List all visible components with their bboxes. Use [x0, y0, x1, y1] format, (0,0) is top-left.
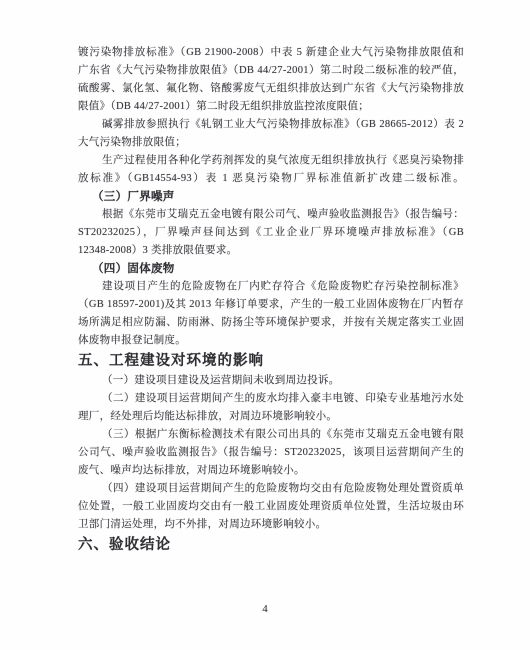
page-number: 4: [0, 603, 530, 615]
text-line: 卫部门清运处理，均不外排，对周边环境影响较小。: [78, 516, 464, 534]
text-line: 建设项目产生的危险废物在厂内贮存符合《危险废物贮存污染控制标准》: [78, 278, 464, 296]
text-line: 根据《东莞市艾瑞克五金电镀有限公司气、噪声验收监测报告》（报告编号：: [78, 206, 464, 224]
document-text-block: 镀污染物排放标准》（GB 21900-2008）中表 5 新建企业大气污染物排放…: [78, 44, 464, 556]
text-line: 12348-2008）3 类排放限值要求。: [78, 242, 464, 260]
heading-line: 六、验收结论: [78, 534, 464, 556]
text-line: （GB 18597-2001)及其 2013 年修订单要求，产生的一般工业固体废…: [78, 296, 464, 314]
text-line: 废气、噪声均达标排放，对周边环境影响较小。: [78, 462, 464, 480]
text-line: 广东省《大气污染物排放限值》（DB 44/27-2001）第二时段二级标准的较严…: [78, 62, 464, 80]
text-line: （二）建设项目运营期间产生的废水均排入豪丰电镀、印染专业基地污水处: [78, 390, 464, 408]
text-line: 公司气、噪声验收监测报告》（报告编号：ST20232025，该项目运营期间产生的: [78, 444, 464, 462]
text-line: 大气污染物排放限值；: [78, 134, 464, 152]
text-line: 理厂，经处理后均能达标排放，对周边环境影响较小。: [78, 408, 464, 426]
document-page: 镀污染物排放标准》（GB 21900-2008）中表 5 新建企业大气污染物排放…: [0, 0, 530, 650]
text-line: 生产过程使用各种化学药剂挥发的臭气浓度无组织排放执行《恶臭污染物排: [78, 152, 464, 170]
text-line: 场所满足相应防漏、防雨淋、防扬尘等环境保护要求，并按有关规定落实工业固: [78, 314, 464, 332]
text-line: 放标准》（GB14554-93）表 1 恶臭污染物厂界标准值新扩改建二级标准。: [78, 170, 464, 188]
text-line: ST20232025），厂界噪声昼间达到《工业企业厂界环境噪声排放标准》（GB: [78, 224, 464, 242]
heading-line: （四）固体废物: [78, 260, 464, 278]
heading-line: （三）厂界噪声: [78, 188, 464, 206]
text-line: 镀污染物排放标准》（GB 21900-2008）中表 5 新建企业大气污染物排放…: [78, 44, 464, 62]
text-line: （三）根据广东衡标检测技术有限公司出具的《东莞市艾瑞克五金电镀有限: [78, 426, 464, 444]
text-line: 体废物申报登记制度。: [78, 332, 464, 350]
text-line: 硫酸雾、氯化氢、氟化物、铬酸雾废气无组织排放达到广东省《大气污染物排放: [78, 80, 464, 98]
text-line: （一）建设项目建设及运营期间未收到周边投诉。: [78, 372, 464, 390]
text-line: 限值》（DB 44/27-2001）第二时段无组织排放监控浓度限值；: [78, 98, 464, 116]
text-line: 位处置，一般工业固废均交由有一般工业固废处理资质单位处置，生活垃圾由环: [78, 498, 464, 516]
text-line: （四）建设项目运营期间产生的危险废物均交由有危险废物处理处置资质单: [78, 480, 464, 498]
text-line: 碱雾排放参照执行《轧钢工业大气污染物排放标准》（GB 28665-2012）表 …: [78, 116, 464, 134]
heading-line: 五、工程建设对环境的影响: [78, 350, 464, 372]
